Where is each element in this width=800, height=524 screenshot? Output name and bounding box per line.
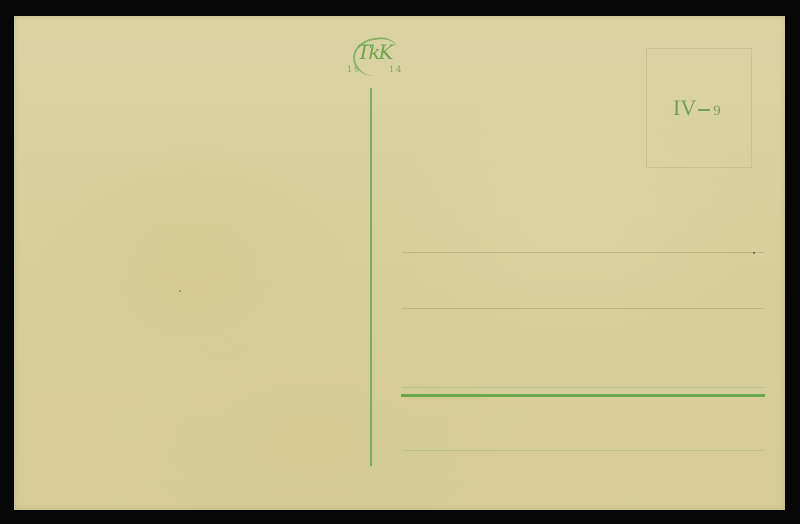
address-line-2 — [402, 308, 764, 309]
logo-monogram: TkK — [357, 40, 391, 64]
logo-year-right: 14 — [389, 65, 403, 74]
address-line-4-bold — [401, 394, 765, 397]
stamp-code: IV9 — [673, 95, 721, 121]
scan-background: TkK 19 14 IV9 — [0, 0, 800, 524]
postcard-back: TkK 19 14 IV9 — [14, 16, 785, 510]
paper-speck — [179, 290, 181, 292]
stamp-code-number: 9 — [713, 103, 721, 119]
center-divider-line — [370, 88, 372, 466]
address-line-1 — [402, 252, 764, 253]
logo-year-left: 19 — [347, 65, 361, 74]
address-line-5 — [402, 450, 764, 451]
publisher-logo: TkK 19 14 — [347, 36, 401, 80]
stamp-code-roman: IV — [673, 95, 696, 120]
address-line-3 — [402, 387, 764, 388]
stamp-box: IV9 — [646, 48, 752, 168]
paper-speck — [753, 252, 755, 254]
stamp-code-dash — [698, 109, 710, 111]
